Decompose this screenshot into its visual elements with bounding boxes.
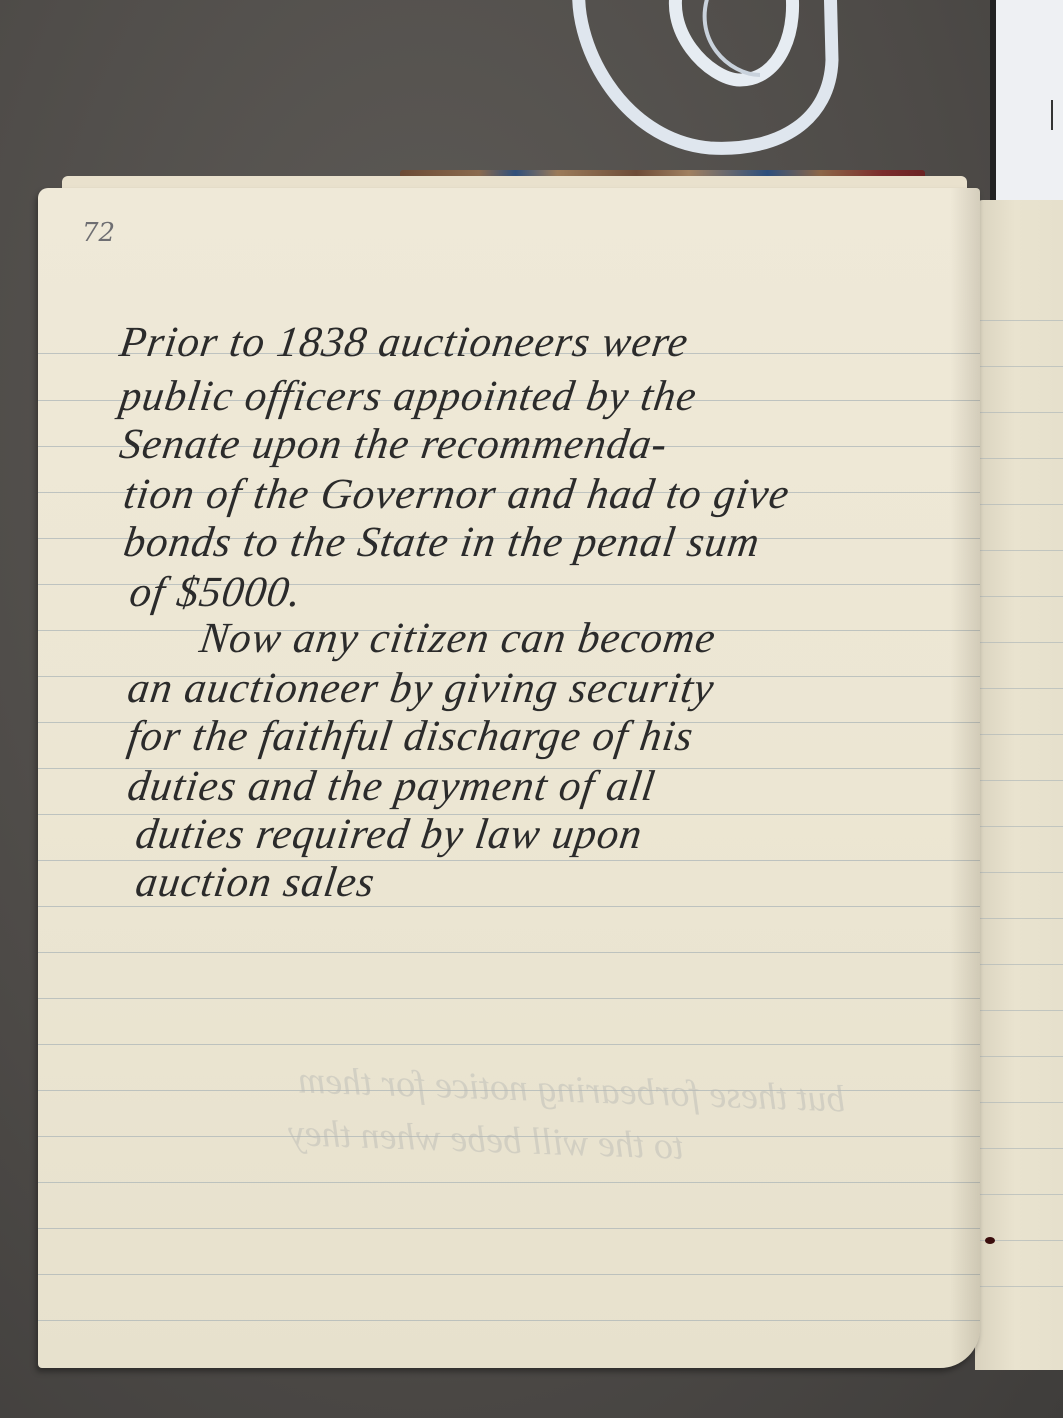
text-line: Now any citizen can become	[197, 614, 719, 663]
white-cord	[560, 0, 890, 180]
text-line: of $5000.	[127, 568, 305, 617]
ruled-line	[38, 998, 980, 999]
card-mark	[1051, 100, 1059, 130]
ruled-line	[38, 1182, 980, 1183]
ruled-line	[38, 1228, 980, 1229]
bleed-through-text: but these forbearing notice for them	[297, 1058, 846, 1121]
bleed-through-text: to the will bebe when they	[287, 1111, 684, 1169]
ruled-line	[38, 1320, 980, 1321]
text-line: public officers appointed by the	[117, 372, 700, 421]
paper-card	[990, 0, 1063, 205]
text-line: Senate upon the recommenda-	[117, 420, 671, 469]
ink-spot	[985, 1237, 995, 1244]
ruled-line	[38, 1274, 980, 1275]
text-line: duties and the payment of all	[125, 762, 659, 811]
page-number: 72	[82, 218, 115, 248]
text-line: for the faithful discharge of his	[125, 712, 697, 761]
text-line: bonds to the State in the penal sum	[121, 518, 764, 567]
text-line: an auctioneer by giving security	[125, 664, 718, 713]
ruled-line	[38, 1044, 980, 1045]
text-line: auction sales	[133, 858, 379, 907]
text-line: duties required by law upon	[133, 810, 646, 859]
text-line: Prior to 1838 auctioneers were	[117, 318, 692, 367]
ruled-line	[38, 952, 980, 953]
facing-page	[975, 200, 1063, 1370]
text-line: tion of the Governor and had to give	[121, 470, 793, 519]
